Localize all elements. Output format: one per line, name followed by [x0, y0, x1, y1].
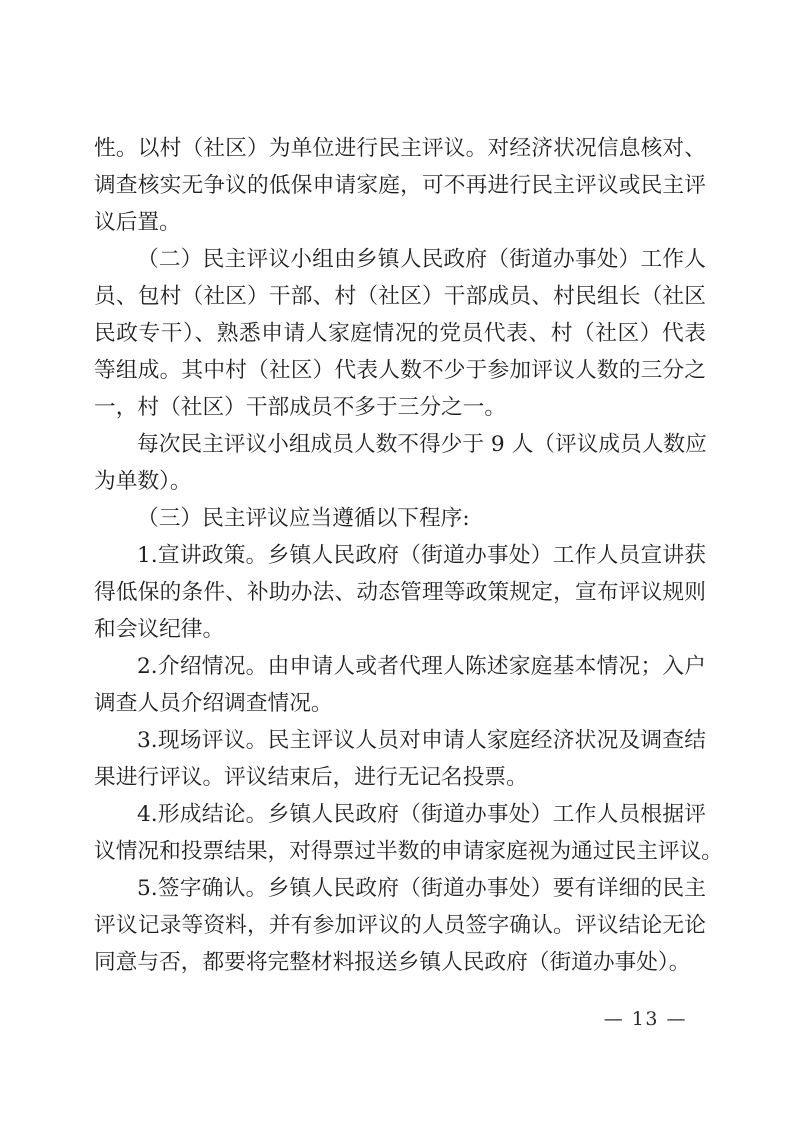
document-page: 性。以村（社区）为单位进行民主评议。对经济状况信息核对、调查核实无争议的低保申请…	[0, 0, 793, 1122]
text-line: 5.签字确认。乡镇人民政府（街道办事处）要有详细的民主	[94, 870, 706, 907]
text-line: （三）民主评议应当遵循以下程序:	[94, 500, 706, 537]
text-line: 一，村（社区）干部成员不多于三分之一。	[94, 389, 706, 426]
text-line: 评议记录等资料，并有参加评议的人员签字确认。评议结论无论	[94, 907, 706, 944]
text-line: 得低保的条件、补助办法、动态管理等政策规定，宣布评议规则	[94, 574, 706, 611]
text-line: 和会议纪律。	[94, 611, 706, 648]
text-line: 民政专干）、熟悉申请人家庭情况的党员代表、村（社区）代表	[94, 315, 706, 352]
text-line: 3.现场评议。民主评议人员对申请人家庭经济状况及调查结	[94, 722, 706, 759]
text-line: 员、包村（社区）干部、村（社区）干部成员、村民组长（社区	[94, 278, 706, 315]
text-line: 4.形成结论。乡镇人民政府（街道办事处）工作人员根据评	[94, 796, 706, 833]
text-line: 果进行评议。评议结束后，进行无记名投票。	[94, 759, 706, 796]
text-line: 议后置。	[94, 204, 706, 241]
text-line: 同意与否，都要将完整材料报送乡镇人民政府（街道办事处）。	[94, 944, 706, 981]
page-number: — 13 —	[604, 1004, 687, 1034]
text-block: 性。以村（社区）为单位进行民主评议。对经济状况信息核对、调查核实无争议的低保申请…	[94, 130, 706, 981]
text-line: 等组成。其中村（社区）代表人数不少于参加评议人数的三分之	[94, 352, 706, 389]
text-line: 2.介绍情况。由申请人或者代理人陈述家庭基本情况；入户	[94, 648, 706, 685]
text-line: （二）民主评议小组由乡镇人民政府（街道办事处）工作人	[94, 241, 706, 278]
text-line: 为单数）。	[94, 463, 706, 500]
text-line: 性。以村（社区）为单位进行民主评议。对经济状况信息核对、	[94, 130, 706, 167]
text-line: 调查核实无争议的低保申请家庭，可不再进行民主评议或民主评	[94, 167, 706, 204]
text-line: 每次民主评议小组成员人数不得少于 9 人（评议成员人数应	[94, 426, 706, 463]
text-line: 议情况和投票结果，对得票过半数的申请家庭视为通过民主评议。	[94, 833, 706, 870]
text-line: 1.宣讲政策。乡镇人民政府（街道办事处）工作人员宣讲获	[94, 537, 706, 574]
text-line: 调查人员介绍调查情况。	[94, 685, 706, 722]
